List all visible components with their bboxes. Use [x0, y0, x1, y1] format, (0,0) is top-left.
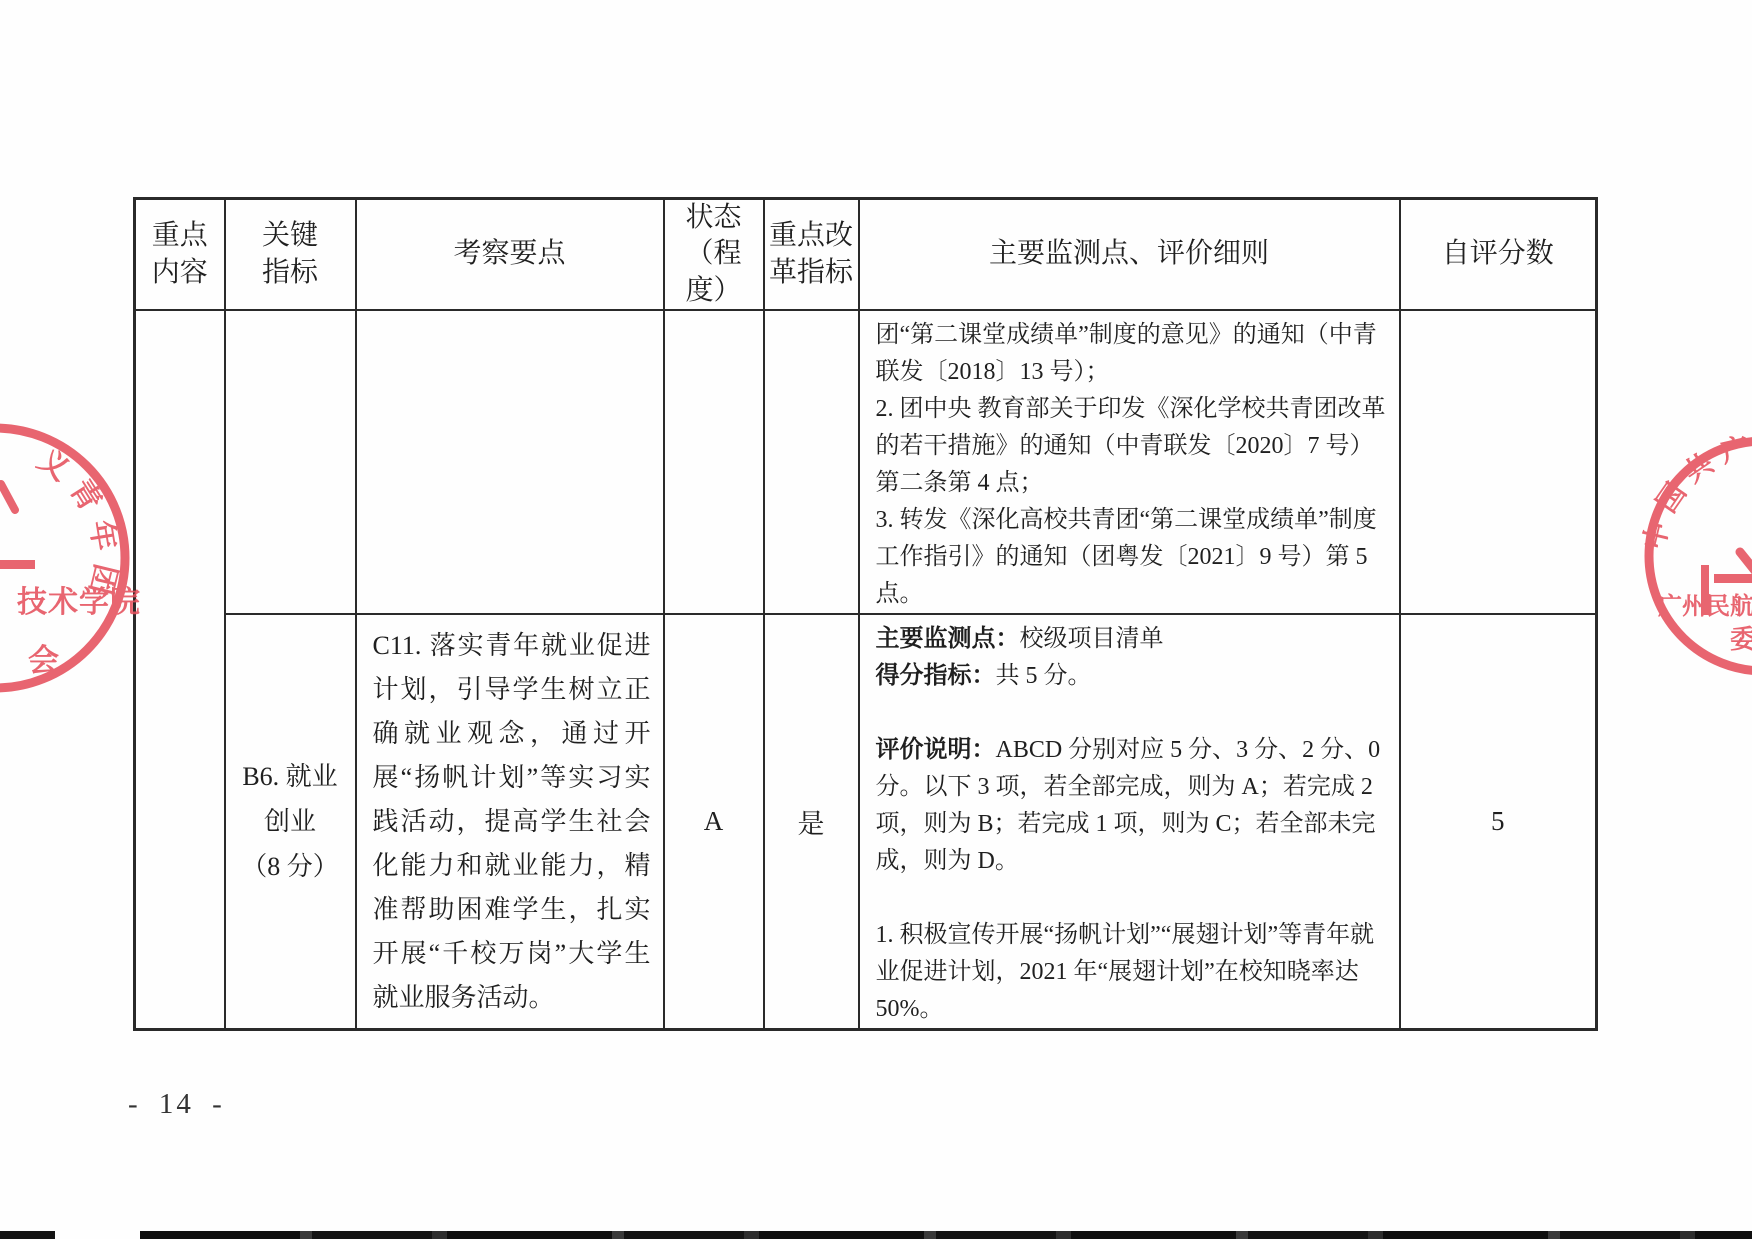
official-seal-right: 中国共产 广州民航职 委: [1594, 386, 1752, 726]
header-status: 状态 （程度）: [664, 199, 764, 311]
cell-monitoring: 主要监测点：校级项目清单 得分指标：共 5 分。 评价说明：ABCD 分别对应 …: [859, 614, 1400, 1030]
cell-status: A: [664, 614, 764, 1030]
monitoring-paragraph: 1. 积极宣传开展“扬帆计划”“展翅计划”等青年就业促进计划，2021 年“展翅…: [876, 917, 1387, 1028]
blank-line: [876, 695, 1387, 732]
page-number: - 14 -: [128, 1088, 225, 1121]
seal-left-bar: [0, 560, 35, 569]
seal-left-tick: [1, 484, 15, 510]
table-row-b6: B6. 就业 创业 （8 分） C11. 落实青年就业促进计划，引导学生树立正确…: [135, 614, 1597, 1030]
svg-text:中国共产: 中国共产: [1638, 429, 1752, 552]
header-self-score: 自评分数: [1400, 199, 1597, 311]
monitoring-paragraph: 得分指标：共 5 分。: [876, 658, 1387, 695]
blank-line: [876, 880, 1387, 917]
header-key-indicator: 关键 指标: [225, 199, 356, 311]
seal-right-arc-text: 中国共产: [1638, 429, 1752, 552]
cell-self-score-cont: [1400, 310, 1597, 614]
header-reform: 重点改 革指标: [764, 199, 859, 311]
cell-key-indicator-cont: [225, 310, 356, 614]
monitoring-paragraph: 3. 转发《深化高校共青团“第二课堂成绩单”制度工作指引》的通知（团粤发〔202…: [876, 502, 1387, 613]
seal-left-arc-text: 义青年团: [32, 443, 124, 607]
monitoring-paragraph: 2. 团中央 教育部关于印发《深化学校共青团改革的若干措施》的通知（中青联发〔2…: [876, 391, 1387, 502]
seal-right-bottom: 委: [1730, 624, 1752, 654]
cell-inspection-cont: [356, 310, 664, 614]
seal-left-bottom: 会: [28, 643, 59, 678]
cell-key-indicator: B6. 就业 创业 （8 分）: [225, 614, 356, 1030]
scan-edge-artifact: [0, 1231, 1752, 1239]
header-inspection: 考察要点: [356, 199, 664, 311]
evaluation-table: 重点 内容 关键 指标 考察要点 状态 （程度） 重点改 革指标 主要监测点、评…: [133, 197, 1598, 1031]
table-header-row: 重点 内容 关键 指标 考察要点 状态 （程度） 重点改 革指标 主要监测点、评…: [135, 199, 1597, 311]
seal-left-name: 技术学院: [17, 586, 141, 619]
cell-reform-indicator: 是: [764, 614, 859, 1030]
monitoring-paragraph: 评价说明：ABCD 分别对应 5 分、3 分、2 分、0 分。以下 3 项，若全…: [876, 732, 1387, 880]
scanned-document-page: 重点 内容 关键 指标 考察要点 状态 （程度） 重点改 革指标 主要监测点、评…: [0, 0, 1752, 1239]
seal-right-name: 广州民航职: [1658, 592, 1752, 620]
cell-status-cont: [664, 310, 764, 614]
monitoring-paragraph: 主要监测点：校级项目清单: [876, 621, 1387, 658]
cell-self-score: 5: [1400, 614, 1597, 1030]
table-row-continuation: 团“第二课堂成绩单”制度的意见》的通知（中青联发〔2018〕13 号）； 2. …: [135, 310, 1597, 614]
monitoring-paragraph: 团“第二课堂成绩单”制度的意见》的通知（中青联发〔2018〕13 号）；: [876, 317, 1387, 391]
header-monitoring: 主要监测点、评价细则: [859, 199, 1400, 311]
cell-reform-cont: [764, 310, 859, 614]
official-seal-left: 义青年团 技术学院 会: [0, 388, 165, 728]
header-key-content: 重点 内容: [135, 199, 225, 311]
svg-text:义青年团: 义青年团: [32, 443, 124, 607]
cell-monitoring-cont: 团“第二课堂成绩单”制度的意见》的通知（中青联发〔2018〕13 号）； 2. …: [859, 310, 1400, 614]
cell-inspection-points: C11. 落实青年就业促进计划，引导学生树立正确就业观念，通过开展“扬帆计划”等…: [356, 614, 664, 1030]
seal-right-tick: [1740, 552, 1752, 572]
seal-right-bar-horizontal: [1714, 574, 1752, 583]
